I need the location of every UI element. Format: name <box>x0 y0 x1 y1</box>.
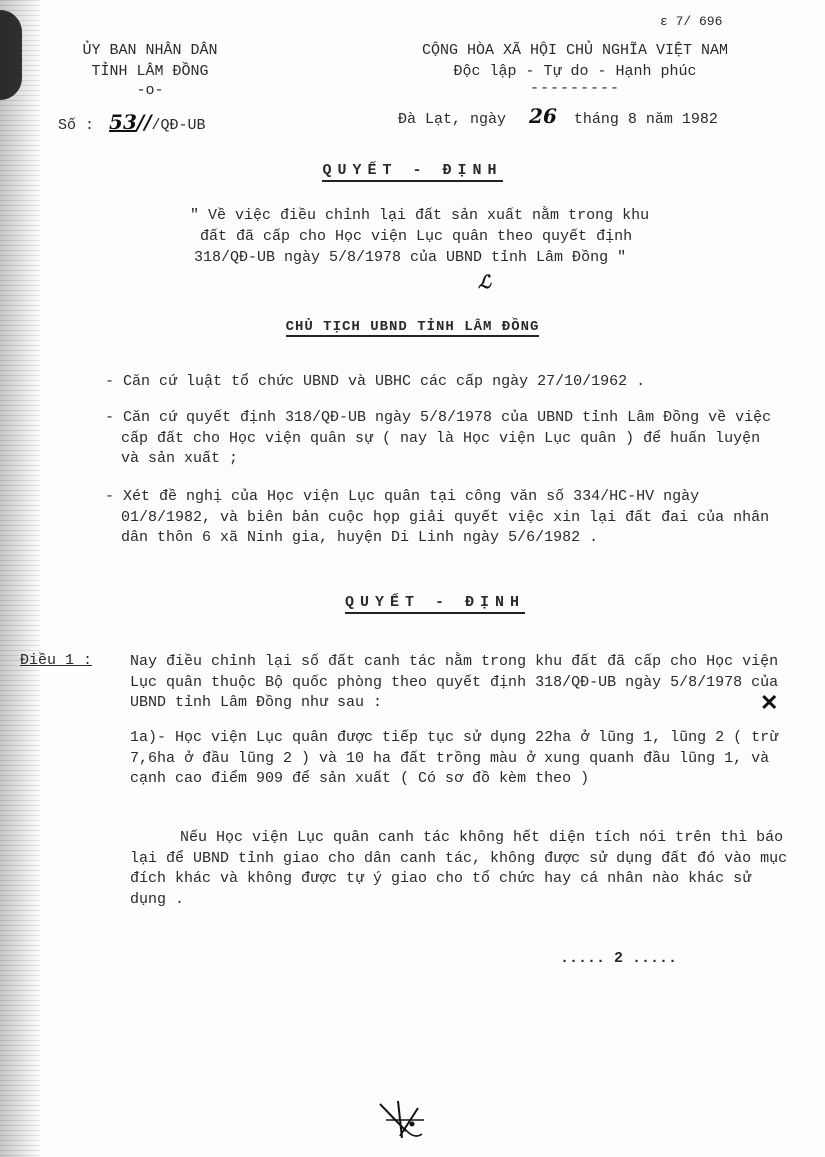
article-1-item-a: 1a)- Học viện Lục quân được tiếp tục sử … <box>130 728 790 790</box>
number-label: Số : <box>58 117 94 134</box>
number-handwritten-slash: // <box>137 110 152 134</box>
page-continuation: ..... 2 ..... <box>560 950 677 967</box>
document-number: Số : 53///QĐ-UB <box>58 110 206 134</box>
decision-wrap: QUYẾT - ĐỊNH <box>0 594 825 611</box>
initials-signature <box>378 1098 428 1143</box>
handwritten-x-mark: ✕ <box>760 690 778 716</box>
issuing-authority: ỦY BAN NHÂN DÂN TỈNH LÂM ĐỒNG -o- <box>55 42 245 99</box>
nation-slogan: Độc lập - Tự do - Hạnh phúc <box>375 63 775 80</box>
handwritten-mark: ℒ <box>478 272 491 293</box>
motto-divider: --------- <box>375 80 775 97</box>
article-1-paragraph: Nếu Học viện Lục quân canh tác không hết… <box>130 828 790 910</box>
subject: " Về việc điều chỉnh lại đất sản xuất nằ… <box>190 205 649 268</box>
issuer-wrap: CHỦ TỊCH UBND TỈNH LÂM ĐỒNG <box>0 318 825 335</box>
article-1-label: Điều 1 : <box>20 652 92 669</box>
document-title: QUYẾT - ĐỊNH <box>322 162 502 182</box>
nation-name: CỘNG HÒA XÃ HỘI CHỦ NGHĨA VIỆT NAM <box>375 42 775 59</box>
date-suffix: tháng 8 năm 1982 <box>574 111 718 128</box>
title-wrap: QUYẾT - ĐỊNH <box>0 162 825 179</box>
consideration-1: - Căn cứ luật tổ chức UBND và UBHC các c… <box>105 372 785 393</box>
article-1-text: Nay điều chỉnh lại số đất canh tác nằm t… <box>130 652 790 714</box>
consideration-3: - Xét đề nghị của Học viện Lục quân tại … <box>105 487 785 549</box>
issuer-heading: CHỦ TỊCH UBND TỈNH LÂM ĐỒNG <box>286 319 540 337</box>
subject-line-3: 318/QĐ-UB ngày 5/8/1978 của UBND tỉnh Lâ… <box>190 247 649 268</box>
consideration-2: - Căn cứ quyết định 318/QĐ-UB ngày 5/8/1… <box>105 408 785 470</box>
decision-heading: QUYẾT - ĐỊNH <box>345 594 525 614</box>
punch-hole-mark <box>0 10 22 100</box>
number-handwritten: 53 <box>109 110 137 134</box>
subject-line-1: " Về việc điều chỉnh lại đất sản xuất nằ… <box>190 205 649 226</box>
number-suffix: /QĐ-UB <box>151 117 205 134</box>
document-date: Đà Lạt, ngày 26 tháng 8 năm 1982 <box>398 104 718 128</box>
date-day-handwritten: 26 <box>529 104 557 128</box>
authority-line-1: ỦY BAN NHÂN DÂN <box>55 42 245 59</box>
authority-divider: -o- <box>55 82 245 99</box>
reference-number: ε 7/ 696 <box>660 14 722 29</box>
date-prefix: Đà Lạt, ngày <box>398 111 506 128</box>
national-motto: CỘNG HÒA XÃ HỘI CHỦ NGHĨA VIỆT NAM Độc l… <box>375 42 775 97</box>
authority-line-2: TỈNH LÂM ĐỒNG <box>55 63 245 80</box>
subject-line-2: đất đã cấp cho Học viện Lục quân theo qu… <box>190 226 649 247</box>
